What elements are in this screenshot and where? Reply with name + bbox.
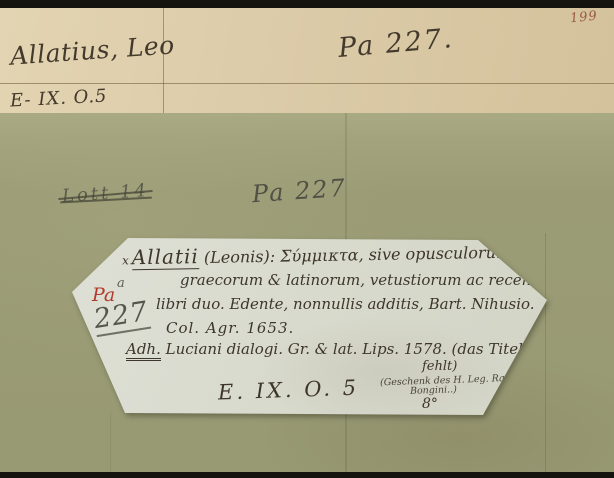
label-adh-abbrev: Adh. xyxy=(126,340,161,361)
cover-pencil-signature: Pa 227 xyxy=(251,174,348,209)
label-shelfmark: E. IX. O. 5 xyxy=(218,376,360,405)
label-author: Allatii xyxy=(132,244,199,270)
card-author-heading: Allatius, Leo xyxy=(9,30,175,70)
label-adh-continuation: fehlt) xyxy=(422,359,457,374)
cover-crease xyxy=(110,413,111,472)
paste-label: xAllatii (Leonis): Σύμμικτα, sive opuscu… xyxy=(70,228,548,420)
folio-number: 199 xyxy=(569,9,598,27)
card-shelfmark: E- IX. O.5 xyxy=(10,85,108,111)
scanned-catalog-page: Allatius, Leo E- IX. O.5 Pa 227. 199 Lot… xyxy=(0,0,614,478)
card-vertical-rule xyxy=(163,8,164,113)
card-signature: Pa 227. xyxy=(337,23,455,64)
label-title-line1: xAllatii (Leonis): Σύμμικτα, sive opuscu… xyxy=(122,239,517,270)
card-horizontal-rule xyxy=(0,83,614,84)
label-title-line3: libri duo. Edente, nonnullis additis, Ba… xyxy=(156,295,535,313)
label-imprint: Col. Agr. 1653. xyxy=(166,319,294,337)
label-format: 8° xyxy=(422,396,438,412)
label-gift-note-line2: Bongini..) xyxy=(410,384,457,397)
label-pencil-number: 227 xyxy=(92,296,151,337)
paste-label-wrap: xAllatii (Leonis): Σύμμικτα, sive opuscu… xyxy=(70,228,548,420)
label-pencil-letter: a xyxy=(117,276,125,291)
catalog-card: Allatius, Leo E- IX. O.5 Pa 227. 199 xyxy=(0,8,614,113)
label-title-line2: graecorum & latinorum, vetustiorum ac re… xyxy=(180,271,587,289)
label-adh-text: Luciani dialogi. Gr. & lat. Lips. 1578. … xyxy=(166,340,559,358)
label-adh-entry: Adh. Luciani dialogi. Gr. & lat. Lips. 1… xyxy=(126,340,558,358)
label-cross-mark: x xyxy=(122,253,129,267)
label-title-rest: (Leonis): Σύμμικτα, sive opusculorum; xyxy=(204,243,517,267)
